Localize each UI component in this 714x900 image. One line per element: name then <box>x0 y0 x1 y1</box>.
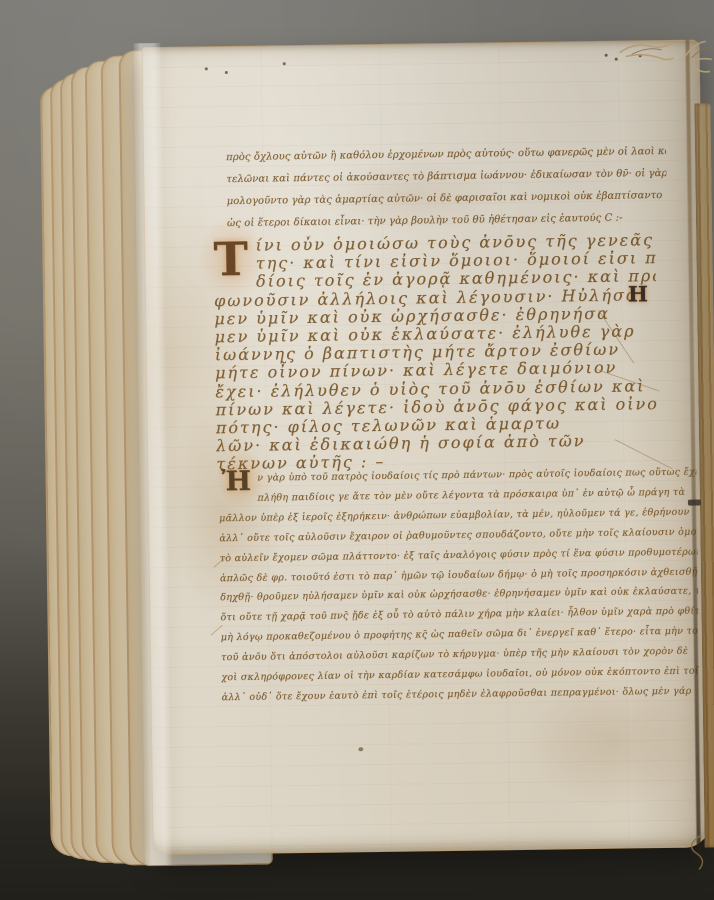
manuscript-book: πρὸς ὄχλους αὐτῶν ἢ καθόλου ἐρχομένων πρ… <box>33 31 714 868</box>
drop-cap-eta: Ἦ <box>218 470 251 494</box>
upper-commentary-block: πρὸς ὄχλους αὐτῶν ἢ καθόλου ἐρχομένων πρ… <box>226 141 667 239</box>
marginal-letter-eta: Η <box>628 281 648 306</box>
text-area: πρὸς ὄχλους αὐτῶν ἢ καθόλου ἐρχομένων πρ… <box>143 40 710 854</box>
gospel-text-block: Τ ίνι οὖν ὁμοιώσω τοὺς ἀνο̄υς τῆς γενεᾶς… <box>213 231 658 477</box>
drop-cap-tau: Τ <box>213 240 250 279</box>
sewing-station <box>688 499 701 505</box>
lower-commentary-block: Ἦ ν γὰρ ὑπὸ τοῦ πατρὸς ἰουδαίοις τίς πρὸ… <box>218 463 699 714</box>
photo-backdrop: πρὸς ὄχλους αὐτῶν ἢ καθόλου ἐρχομένων πρ… <box>0 0 714 900</box>
recto-page: πρὸς ὄχλους αὐτῶν ἢ καθόλου ἐρχομένων πρ… <box>142 39 711 855</box>
